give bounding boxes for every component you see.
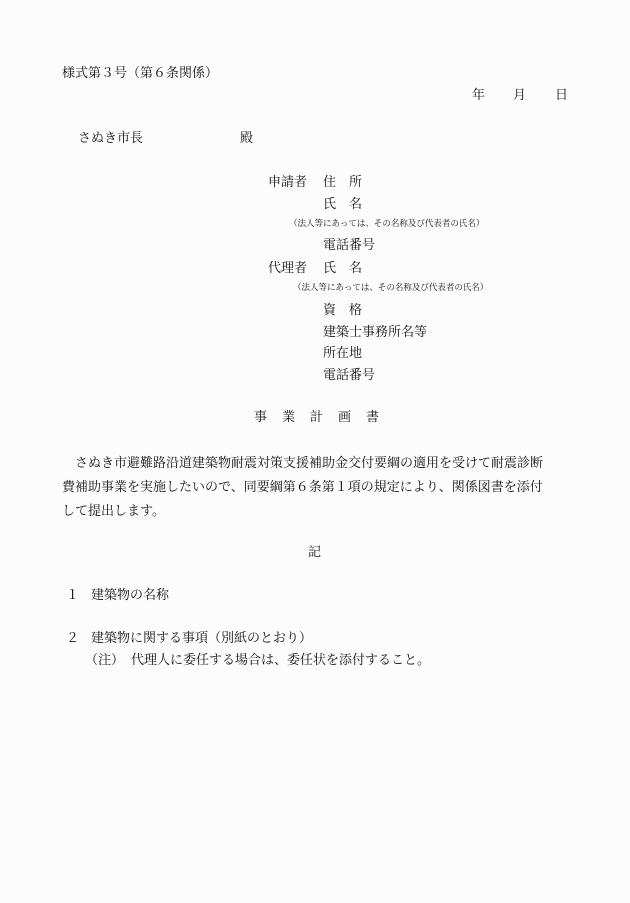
note-label: （注） xyxy=(85,653,124,669)
date-month-label: 月 xyxy=(513,88,526,104)
form-number: 様式第３号（第６条関係） xyxy=(62,66,218,82)
applicant-name-note: （法人等にあっては、その名称及び代表者の氏名） xyxy=(289,218,484,230)
document-title: 事業計画書 xyxy=(254,410,394,426)
addressee-name: さぬき市長 xyxy=(78,131,143,147)
agent-name-label: 氏 名 xyxy=(323,261,362,277)
item-2-number: ２ xyxy=(66,631,79,647)
agent-location-label: 所在地 xyxy=(323,346,362,362)
ki-heading: 記 xyxy=(308,545,321,561)
applicant-name-label: 氏 名 xyxy=(323,197,362,213)
body-line: して提出します。 xyxy=(62,500,582,524)
body-line: 費補助事業を実施したいので、同要綱第６条第１項の規定により、関係図書を添付 xyxy=(62,476,582,500)
applicant-address-label: 住 所 xyxy=(323,175,362,191)
agent-name-note: （法人等にあっては、その名称及び代表者の氏名） xyxy=(293,282,488,294)
agent-phone-label: 電話番号 xyxy=(323,368,375,384)
addressee-honorific: 殿 xyxy=(240,131,253,147)
agent-qualification-label: 資 格 xyxy=(323,303,362,319)
applicant-label: 申請者 xyxy=(268,175,307,191)
body-line: さぬき市避難路沿道建築物耐震対策支援補助金交付要綱の適用を受けて耐震診断 xyxy=(62,452,582,476)
note-text: 代理人に委任する場合は、委任状を添付すること。 xyxy=(131,653,430,669)
date-year-label: 年 xyxy=(472,88,485,104)
date-day-label: 日 xyxy=(555,88,568,104)
applicant-phone-label: 電話番号 xyxy=(323,238,375,254)
agent-office-label: 建築士事務所名等 xyxy=(323,325,427,341)
body-paragraph: さぬき市避難路沿道建築物耐震対策支援補助金交付要綱の適用を受けて耐震診断 費補助… xyxy=(62,452,582,524)
item-1-number: １ xyxy=(66,588,79,604)
agent-label: 代理者 xyxy=(268,261,307,277)
item-2-text: 建築物に関する事項（別紙のとおり） xyxy=(91,631,312,647)
item-1-text: 建築物の名称 xyxy=(91,588,169,604)
